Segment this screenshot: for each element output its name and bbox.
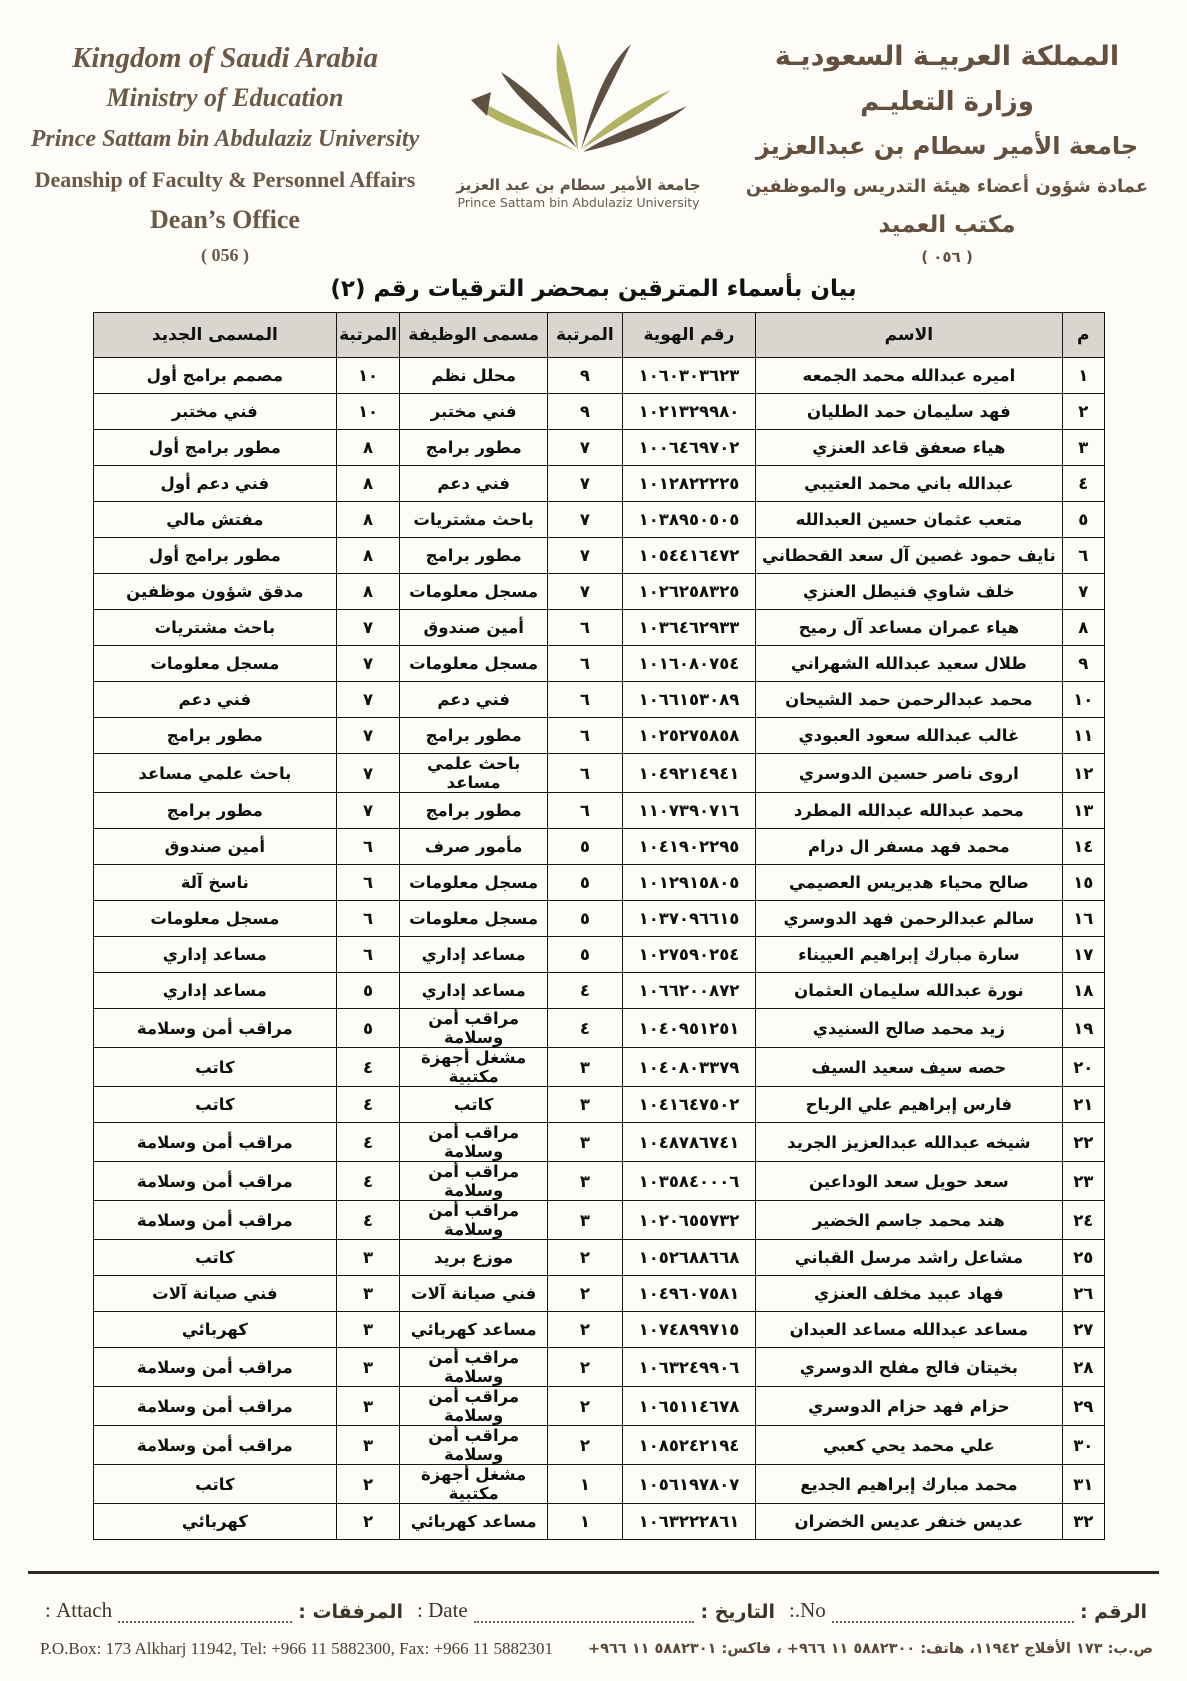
cell-index: ١١	[1062, 718, 1104, 754]
cell-name: سارة مبارك إبراهيم العييناء	[756, 937, 1062, 973]
table-row: ٢٠حصه سيف سعيد السيف١٠٤٠٨٠٣٣٧٩٣مشغل أجهز…	[94, 1048, 1105, 1087]
cell-new-rank: ٣	[336, 1276, 400, 1312]
cell-name: محمد فهد مسفر ال درام	[756, 829, 1062, 865]
number-fill-line	[832, 1609, 1074, 1623]
table-row: ٥متعب عثمان حسين العبدالله١٠٣٨٩٥٠٥٠٥٧باح…	[94, 502, 1105, 538]
cell-new-title: مراقب أمن وسلامة	[94, 1201, 337, 1240]
deanship-line-ar: عمادة شؤون أعضاء هيئة التدريس والموظفين	[737, 168, 1157, 206]
cell-new-rank: ٢	[336, 1465, 400, 1504]
cell-id-number: ١٠٤٩٦٠٧٥٨١	[622, 1276, 755, 1312]
cell-new-title: مساعد إداري	[94, 973, 337, 1009]
cell-job-title: مطور برامج	[400, 793, 548, 829]
table-row: ٢٧مساعد عبدالله مساعد العبدان١٠٧٤٨٩٩٧١٥٢…	[94, 1312, 1105, 1348]
cell-current-rank: ٧	[547, 430, 622, 466]
cell-new-rank: ٧	[336, 718, 400, 754]
cell-name: اميره عبدالله محمد الجمعه	[756, 358, 1062, 394]
cell-job-title: فني مختبر	[400, 394, 548, 430]
letterhead-english: Kingdom of Saudi Arabia Ministry of Educ…	[30, 28, 420, 270]
footer-contacts: P.O.Box: 173 Alkharj 11942, Tel: +966 11…	[0, 1623, 1187, 1659]
cell-index: ١٩	[1062, 1009, 1104, 1048]
cell-name: فهد سليمان حمد الطليان	[756, 394, 1062, 430]
cell-new-rank: ٨	[336, 430, 400, 466]
table-row: ١١غالب عبدالله سعود العبودي١٠٢٥٢٧٥٨٥٨٦مط…	[94, 718, 1105, 754]
attachments-label-en: Attach :	[45, 1598, 112, 1623]
office-line-ar: مكتب العميد	[737, 206, 1157, 244]
cell-current-rank: ٥	[547, 901, 622, 937]
cell-name: هياء عمران مساعد آل رميح	[756, 610, 1062, 646]
cell-index: ٣١	[1062, 1465, 1104, 1504]
cell-current-rank: ٦	[547, 718, 622, 754]
attachments-field: المرفقات : Attach :	[45, 1598, 403, 1623]
cell-index: ١٢	[1062, 754, 1104, 793]
table-row: ١٩زيد محمد صالح السنيدي١٠٤٠٩٥١٢٥١٤مراقب …	[94, 1009, 1105, 1048]
cell-index: ١٠	[1062, 682, 1104, 718]
cell-new-title: مسجل معلومات	[94, 646, 337, 682]
cell-job-title: فني دعم	[400, 466, 548, 502]
date-label-en: Date :	[417, 1598, 468, 1623]
cell-new-rank: ٦	[336, 937, 400, 973]
cell-job-title: مسجل معلومات	[400, 646, 548, 682]
cell-id-number: ١٠٧٤٨٩٩٧١٥	[622, 1312, 755, 1348]
document-footer: الرقم : No.: التاريخ : Date : المرفقات :…	[0, 1571, 1187, 1681]
cell-job-title: كاتب	[400, 1087, 548, 1123]
cell-index: ٢٧	[1062, 1312, 1104, 1348]
cell-job-title: مشغل أجهزة مكتبية	[400, 1465, 548, 1504]
cell-new-title: باحث مشتريات	[94, 610, 337, 646]
cell-name: عبدالله باني محمد العتيبي	[756, 466, 1062, 502]
cell-job-title: مساعد كهربائي	[400, 1504, 548, 1540]
cell-new-title: كهربائي	[94, 1312, 337, 1348]
cell-id-number: ١٠٨٥٢٤٢١٩٤	[622, 1426, 755, 1465]
table-row: ١٧سارة مبارك إبراهيم العييناء١٠٢٧٥٩٠٢٥٤٥…	[94, 937, 1105, 973]
cell-index: ٢	[1062, 394, 1104, 430]
cell-job-title: مطور برامج	[400, 430, 548, 466]
cell-current-rank: ٤	[547, 1009, 622, 1048]
cell-job-title: مساعد كهربائي	[400, 1312, 548, 1348]
cell-index: ٩	[1062, 646, 1104, 682]
cell-new-title: مراقب أمن وسلامة	[94, 1162, 337, 1201]
cell-new-title: مراقب أمن وسلامة	[94, 1426, 337, 1465]
kingdom-line-ar: المملكة العربيـة السعوديـة	[737, 34, 1157, 80]
cell-index: ٧	[1062, 574, 1104, 610]
cell-job-title: فني صيانة آلات	[400, 1276, 548, 1312]
contact-info-english: P.O.Box: 173 Alkharj 11942, Tel: +966 11…	[40, 1639, 553, 1659]
cell-new-title: مدقق شؤون موظفين	[94, 574, 337, 610]
cell-new-title: باحث علمي مساعد	[94, 754, 337, 793]
logo-caption-arabic: جامعة الأمير سطام بن عبد العزيز	[429, 176, 729, 194]
table-row: ١٤محمد فهد مسفر ال درام١٠٤١٩٠٢٢٩٥٥مأمور …	[94, 829, 1105, 865]
cell-new-rank: ٨	[336, 574, 400, 610]
cell-id-number: ١٠٣٥٨٤٠٠٠٦	[622, 1162, 755, 1201]
cell-index: ٢١	[1062, 1087, 1104, 1123]
cell-name: فهاد عبيد مخلف العنزي	[756, 1276, 1062, 1312]
cell-current-rank: ٢	[547, 1426, 622, 1465]
cell-new-rank: ٦	[336, 901, 400, 937]
cell-new-rank: ٤	[336, 1048, 400, 1087]
cell-id-number: ١٠٤٠٨٠٣٣٧٩	[622, 1048, 755, 1087]
promotions-table: م الاسم رقم الهوية المرتبة مسمى الوظيفة …	[93, 312, 1105, 1540]
cell-name: متعب عثمان حسين العبدالله	[756, 502, 1062, 538]
cell-current-rank: ٢	[547, 1276, 622, 1312]
cell-job-title: مراقب أمن وسلامة	[400, 1387, 548, 1426]
cell-new-title: مفتش مالي	[94, 502, 337, 538]
table-row: ٣هياء صعفق قاعد العنزي١٠٠٦٤٦٩٧٠٢٧مطور بر…	[94, 430, 1105, 466]
cell-new-title: كهربائي	[94, 1504, 337, 1540]
table-row: ٢٦فهاد عبيد مخلف العنزي١٠٤٩٦٠٧٥٨١٢فني صي…	[94, 1276, 1105, 1312]
cell-index: ٢٩	[1062, 1387, 1104, 1426]
cell-name: محمد عبدالرحمن حمد الشيحان	[756, 682, 1062, 718]
cell-job-title: مطور برامج	[400, 718, 548, 754]
table-row: ٢فهد سليمان حمد الطليان١٠٢١٣٢٩٩٨٠٩فني مخ…	[94, 394, 1105, 430]
cell-id-number: ١٠٦٦١٥٣٠٨٩	[622, 682, 755, 718]
table-row: ١٠محمد عبدالرحمن حمد الشيحان١٠٦٦١٥٣٠٨٩٦ف…	[94, 682, 1105, 718]
cell-name: غالب عبدالله سعود العبودي	[756, 718, 1062, 754]
cell-new-rank: ٨	[336, 538, 400, 574]
cell-id-number: ١١٠٧٣٩٠٧١٦	[622, 793, 755, 829]
cell-index: ٢٦	[1062, 1276, 1104, 1312]
cell-current-rank: ٩	[547, 358, 622, 394]
cell-current-rank: ٣	[547, 1123, 622, 1162]
cell-new-title: أمين صندوق	[94, 829, 337, 865]
cell-id-number: ١٠٢١٣٢٩٩٨٠	[622, 394, 755, 430]
cell-id-number: ١٠٣٧٠٩٦٦١٥	[622, 901, 755, 937]
cell-name: نورة عبدالله سليمان العثمان	[756, 973, 1062, 1009]
logo-caption-english: Prince Sattam bin Abdulaziz University	[429, 195, 729, 210]
attachments-label-ar: المرفقات :	[298, 1601, 403, 1623]
cell-id-number: ١٠٣٨٩٥٠٥٠٥	[622, 502, 755, 538]
cell-index: ٨	[1062, 610, 1104, 646]
cell-index: ١	[1062, 358, 1104, 394]
table-row: ١٦سالم عبدالرحمن فهد الدوسري١٠٣٧٠٩٦٦١٥٥م…	[94, 901, 1105, 937]
cell-index: ٢٥	[1062, 1240, 1104, 1276]
cell-id-number: ١٠٤١٩٠٢٢٩٥	[622, 829, 755, 865]
cell-new-rank: ٣	[336, 1312, 400, 1348]
cell-new-title: كاتب	[94, 1048, 337, 1087]
promotions-table-wrapper: م الاسم رقم الهوية المرتبة مسمى الوظيفة …	[0, 302, 1187, 1540]
cell-current-rank: ٥	[547, 937, 622, 973]
ministry-line-en: Ministry of Education	[30, 78, 420, 118]
table-row: ٨هياء عمران مساعد آل رميح١٠٣٦٤٦٢٩٣٣٦أمين…	[94, 610, 1105, 646]
cell-id-number: ١٠٦٦٢٠٠٨٧٢	[622, 973, 755, 1009]
cell-job-title: مسجل معلومات	[400, 901, 548, 937]
date-fill-line	[474, 1609, 695, 1623]
cell-current-rank: ٥	[547, 829, 622, 865]
header-new-rank: المرتبة	[336, 313, 400, 358]
table-row: ١اميره عبدالله محمد الجمعه١٠٦٠٣٠٣٦٢٣٩محل…	[94, 358, 1105, 394]
cell-current-rank: ٦	[547, 610, 622, 646]
cell-new-rank: ٧	[336, 682, 400, 718]
office-line-en: Dean’s Office	[30, 200, 420, 240]
letterhead-arabic: المملكة العربيـة السعوديـة وزارة التعليـ…	[737, 28, 1157, 270]
contact-info-arabic: ص.ب: ١٧٣ الأفلاج ١١٩٤٢، هاتف: ٥٨٨٢٣٠٠ ١١…	[588, 1641, 1153, 1657]
cell-index: ٦	[1062, 538, 1104, 574]
cell-index: ٤	[1062, 466, 1104, 502]
cell-job-title: مساعد إداري	[400, 937, 548, 973]
cell-index: ١٦	[1062, 901, 1104, 937]
table-row: ٩طلال سعيد عبدالله الشهراني١٠١٦٠٨٠٧٥٤٦مس…	[94, 646, 1105, 682]
cell-job-title: مشغل أجهزة مكتبية	[400, 1048, 548, 1087]
cell-new-title: مطور برامج	[94, 718, 337, 754]
cell-job-title: مساعد إداري	[400, 973, 548, 1009]
cell-new-title: مراقب أمن وسلامة	[94, 1009, 337, 1048]
cell-current-rank: ٩	[547, 394, 622, 430]
cell-id-number: ١٠٤١٦٤٧٥٠٢	[622, 1087, 755, 1123]
attachments-fill-line	[118, 1609, 292, 1623]
cell-new-title: كاتب	[94, 1465, 337, 1504]
cell-current-rank: ٦	[547, 754, 622, 793]
table-row: ٢١فارس إبراهيم علي الرباح١٠٤١٦٤٧٥٠٢٣كاتب…	[94, 1087, 1105, 1123]
cell-new-rank: ٧	[336, 646, 400, 682]
cell-new-rank: ٣	[336, 1348, 400, 1387]
cell-new-rank: ٧	[336, 754, 400, 793]
table-header: م الاسم رقم الهوية المرتبة مسمى الوظيفة …	[94, 313, 1105, 358]
open-book-icon	[461, 32, 697, 174]
cell-name: شيخه عبدالله عبدالعزيز الجريد	[756, 1123, 1062, 1162]
cell-new-rank: ٤	[336, 1087, 400, 1123]
table-body: ١اميره عبدالله محمد الجمعه١٠٦٠٣٠٣٦٢٣٩محل…	[94, 358, 1105, 1540]
table-row: ٣١محمد مبارك إبراهيم الجديع١٠٥٦١٩٧٨٠٧١مش…	[94, 1465, 1105, 1504]
cell-index: ١٤	[1062, 829, 1104, 865]
cell-id-number: ١٠٦٠٣٠٣٦٢٣	[622, 358, 755, 394]
cell-new-title: مطور برامج أول	[94, 430, 337, 466]
cell-id-number: ١٠٥٢٦٨٨٦٦٨	[622, 1240, 755, 1276]
cell-current-rank: ١	[547, 1465, 622, 1504]
document-title: بيان بأسماء المترقين بمحضر الترقيات رقم …	[0, 276, 1187, 302]
cell-current-rank: ٧	[547, 574, 622, 610]
cell-new-title: مسجل معلومات	[94, 901, 337, 937]
cell-new-rank: ٧	[336, 610, 400, 646]
cell-name: هند محمد جاسم الخضير	[756, 1201, 1062, 1240]
table-row: ٢٥مشاعل راشد مرسل القباني١٠٥٢٦٨٨٦٦٨٢موزع…	[94, 1240, 1105, 1276]
table-row: ٣٢عديس خنفر عديس الخضران١٠٦٣٢٢٢٨٦١١مساعد…	[94, 1504, 1105, 1540]
cell-index: ٣٢	[1062, 1504, 1104, 1540]
cell-new-title: مراقب أمن وسلامة	[94, 1348, 337, 1387]
cell-index: ١٧	[1062, 937, 1104, 973]
date-label-ar: التاريخ :	[700, 1601, 775, 1623]
cell-new-title: مراقب أمن وسلامة	[94, 1123, 337, 1162]
cell-name: هياء صعفق قاعد العنزي	[756, 430, 1062, 466]
university-line-ar: جامعة الأمير سطام بن عبدالعزيز	[737, 124, 1157, 168]
cell-job-title: باحث مشتريات	[400, 502, 548, 538]
header-current-rank: المرتبة	[547, 313, 622, 358]
cell-index: ١٥	[1062, 865, 1104, 901]
cell-new-title: مطور برامج	[94, 793, 337, 829]
header-index: م	[1062, 313, 1104, 358]
cell-name: طلال سعيد عبدالله الشهراني	[756, 646, 1062, 682]
cell-index: ١٣	[1062, 793, 1104, 829]
table-row: ٢٣سعد حويل سعد الوداعين١٠٣٥٨٤٠٠٠٦٣مراقب …	[94, 1162, 1105, 1201]
cell-job-title: مسجل معلومات	[400, 865, 548, 901]
deanship-line-en: Deanship of Faculty & Personnel Affairs	[30, 160, 420, 200]
cell-new-rank: ٤	[336, 1123, 400, 1162]
cell-new-title: مطور برامج أول	[94, 538, 337, 574]
cell-name: زيد محمد صالح السنيدي	[756, 1009, 1062, 1048]
ministry-line-ar: وزارة التعليـم	[737, 80, 1157, 124]
cell-job-title: مراقب أمن وسلامة	[400, 1162, 548, 1201]
cell-current-rank: ٢	[547, 1312, 622, 1348]
cell-id-number: ١٠١٢٨٢٢٢٢٥	[622, 466, 755, 502]
letterhead: Kingdom of Saudi Arabia Ministry of Educ…	[0, 0, 1187, 270]
cell-name: سعد حويل سعد الوداعين	[756, 1162, 1062, 1201]
cell-id-number: ١٠٤٠٩٥١٢٥١	[622, 1009, 755, 1048]
table-row: ١٢اروى ناصر حسين الدوسري١٠٤٩٢١٤٩٤١٦باحث …	[94, 754, 1105, 793]
table-row: ٧خلف شاوي فنيطل العنزي١٠٢٦٢٥٨٣٢٥٧مسجل مع…	[94, 574, 1105, 610]
cell-current-rank: ٣	[547, 1087, 622, 1123]
cell-current-rank: ٦	[547, 646, 622, 682]
document-page: Kingdom of Saudi Arabia Ministry of Educ…	[0, 0, 1187, 1681]
cell-name: سالم عبدالرحمن فهد الدوسري	[756, 901, 1062, 937]
cell-job-title: مأمور صرف	[400, 829, 548, 865]
cell-id-number: ١٠٢٥٢٧٥٨٥٨	[622, 718, 755, 754]
table-header-row: م الاسم رقم الهوية المرتبة مسمى الوظيفة …	[94, 313, 1105, 358]
cell-index: ٢٠	[1062, 1048, 1104, 1087]
cell-job-title: باحث علمي مساعد	[400, 754, 548, 793]
cell-new-rank: ١٠	[336, 358, 400, 394]
cell-current-rank: ٧	[547, 538, 622, 574]
cell-id-number: ١٠٤٨٧٨٦٧٤١	[622, 1123, 755, 1162]
university-logo: جامعة الأمير سطام بن عبد العزيز Prince S…	[429, 28, 729, 210]
cell-current-rank: ٦	[547, 682, 622, 718]
table-row: ١٥صالح محياء هديريس العصيمي١٠١٢٩١٥٨٠٥٥مس…	[94, 865, 1105, 901]
cell-name: حصه سيف سعيد السيف	[756, 1048, 1062, 1087]
cell-new-title: ناسخ آلة	[94, 865, 337, 901]
cell-name: فارس إبراهيم علي الرباح	[756, 1087, 1062, 1123]
cell-id-number: ١٠١٦٠٨٠٧٥٤	[622, 646, 755, 682]
office-code-en: ( 056 )	[30, 240, 420, 270]
table-row: ٢٢شيخه عبدالله عبدالعزيز الجريد١٠٤٨٧٨٦٧٤…	[94, 1123, 1105, 1162]
table-row: ٢٤هند محمد جاسم الخضير١٠٢٠٦٥٥٧٣٢٣مراقب أ…	[94, 1201, 1105, 1240]
cell-id-number: ١٠٦٣٢٢٢٨٦١	[622, 1504, 755, 1540]
cell-new-rank: ١٠	[336, 394, 400, 430]
cell-new-rank: ٣	[336, 1387, 400, 1426]
cell-new-rank: ٦	[336, 829, 400, 865]
cell-current-rank: ٢	[547, 1348, 622, 1387]
cell-name: مشاعل راشد مرسل القباني	[756, 1240, 1062, 1276]
cell-new-title: فني صيانة آلات	[94, 1276, 337, 1312]
cell-current-rank: ٦	[547, 793, 622, 829]
cell-index: ٣٠	[1062, 1426, 1104, 1465]
table-row: ١٨نورة عبدالله سليمان العثمان١٠٦٦٢٠٠٨٧٢٤…	[94, 973, 1105, 1009]
cell-name: عديس خنفر عديس الخضران	[756, 1504, 1062, 1540]
cell-name: حزام فهد حزام الدوسري	[756, 1387, 1062, 1426]
header-job-title: مسمى الوظيفة	[400, 313, 548, 358]
cell-new-rank: ٨	[336, 502, 400, 538]
cell-index: ٢٢	[1062, 1123, 1104, 1162]
cell-index: ٢٨	[1062, 1348, 1104, 1387]
cell-new-title: فني دعم	[94, 682, 337, 718]
number-field: الرقم : No.:	[789, 1598, 1147, 1623]
kingdom-line-en: Kingdom of Saudi Arabia	[30, 38, 420, 78]
cell-id-number: ١٠٢٠٦٥٥٧٣٢	[622, 1201, 755, 1240]
cell-job-title: مراقب أمن وسلامة	[400, 1348, 548, 1387]
cell-new-rank: ٨	[336, 466, 400, 502]
cell-job-title: موزع بريد	[400, 1240, 548, 1276]
cell-id-number: ١٠٥٦١٩٧٨٠٧	[622, 1465, 755, 1504]
cell-id-number: ١٠٠٦٤٦٩٧٠٢	[622, 430, 755, 466]
cell-new-title: مراقب أمن وسلامة	[94, 1387, 337, 1426]
cell-current-rank: ١	[547, 1504, 622, 1540]
number-label-en: No.:	[789, 1598, 826, 1623]
cell-name: محمد عبدالله عبدالله المطرد	[756, 793, 1062, 829]
cell-id-number: ١٠٢٧٥٩٠٢٥٤	[622, 937, 755, 973]
cell-new-title: فني دعم أول	[94, 466, 337, 502]
cell-id-number: ١٠٦٣٢٤٩٩٠٦	[622, 1348, 755, 1387]
cell-new-rank: ٥	[336, 973, 400, 1009]
cell-new-title: كاتب	[94, 1087, 337, 1123]
cell-new-rank: ٦	[336, 865, 400, 901]
table-row: ٤عبدالله باني محمد العتيبي١٠١٢٨٢٢٢٢٥٧فني…	[94, 466, 1105, 502]
date-field: التاريخ : Date :	[417, 1598, 775, 1623]
cell-new-title: كاتب	[94, 1240, 337, 1276]
university-line-en: Prince Sattam bin Abdulaziz University	[30, 118, 420, 160]
number-label-ar: الرقم :	[1080, 1601, 1147, 1623]
cell-id-number: ١٠١٢٩١٥٨٠٥	[622, 865, 755, 901]
cell-id-number: ١٠٤٩٢١٤٩٤١	[622, 754, 755, 793]
cell-name: اروى ناصر حسين الدوسري	[756, 754, 1062, 793]
cell-name: نايف حمود غصين آل سعد القحطاني	[756, 538, 1062, 574]
cell-job-title: مسجل معلومات	[400, 574, 548, 610]
cell-job-title: مراقب أمن وسلامة	[400, 1426, 548, 1465]
table-row: ٦نايف حمود غصين آل سعد القحطاني١٠٥٤٤١٦٤٧…	[94, 538, 1105, 574]
cell-current-rank: ٣	[547, 1048, 622, 1087]
cell-index: ٥	[1062, 502, 1104, 538]
cell-id-number: ١٠٥٤٤١٦٤٧٢	[622, 538, 755, 574]
cell-name: علي محمد يحي كعبي	[756, 1426, 1062, 1465]
table-row: ٢٨بخيتان فالح مفلح الدوسري١٠٦٣٢٤٩٩٠٦٢مرا…	[94, 1348, 1105, 1387]
cell-new-rank: ٣	[336, 1426, 400, 1465]
cell-current-rank: ٥	[547, 865, 622, 901]
cell-id-number: ١٠٦٥١١٤٦٧٨	[622, 1387, 755, 1426]
header-id-number: رقم الهوية	[622, 313, 755, 358]
cell-index: ٢٣	[1062, 1162, 1104, 1201]
cell-index: ١٨	[1062, 973, 1104, 1009]
cell-current-rank: ٣	[547, 1162, 622, 1201]
table-row: ١٣محمد عبدالله عبدالله المطرد١١٠٧٣٩٠٧١٦٦…	[94, 793, 1105, 829]
cell-new-rank: ٤	[336, 1201, 400, 1240]
cell-job-title: مراقب أمن وسلامة	[400, 1009, 548, 1048]
cell-current-rank: ٧	[547, 502, 622, 538]
cell-new-title: فني مختبر	[94, 394, 337, 430]
cell-job-title: مطور برامج	[400, 538, 548, 574]
cell-new-title: مساعد إداري	[94, 937, 337, 973]
cell-job-title: مراقب أمن وسلامة	[400, 1201, 548, 1240]
cell-new-rank: ٧	[336, 793, 400, 829]
cell-id-number: ١٠٣٦٤٦٢٩٣٣	[622, 610, 755, 646]
office-code-ar: ( ٠٥٦ )	[737, 244, 1157, 270]
cell-current-rank: ٢	[547, 1240, 622, 1276]
cell-job-title: محلل نظم	[400, 358, 548, 394]
cell-current-rank: ٣	[547, 1201, 622, 1240]
cell-name: صالح محياء هديريس العصيمي	[756, 865, 1062, 901]
cell-name: خلف شاوي فنيطل العنزي	[756, 574, 1062, 610]
cell-name: محمد مبارك إبراهيم الجديع	[756, 1465, 1062, 1504]
cell-index: ٢٤	[1062, 1201, 1104, 1240]
cell-id-number: ١٠٢٦٢٥٨٣٢٥	[622, 574, 755, 610]
cell-job-title: مراقب أمن وسلامة	[400, 1123, 548, 1162]
cell-job-title: فني دعم	[400, 682, 548, 718]
cell-new-title: مصمم برامج أول	[94, 358, 337, 394]
cell-name: بخيتان فالح مفلح الدوسري	[756, 1348, 1062, 1387]
cell-index: ٣	[1062, 430, 1104, 466]
cell-name: مساعد عبدالله مساعد العبدان	[756, 1312, 1062, 1348]
cell-new-rank: ٢	[336, 1504, 400, 1540]
cell-current-rank: ٢	[547, 1387, 622, 1426]
cell-current-rank: ٤	[547, 973, 622, 1009]
cell-new-rank: ٥	[336, 1009, 400, 1048]
cell-new-rank: ٤	[336, 1162, 400, 1201]
header-new-title: المسمى الجديد	[94, 313, 337, 358]
cell-current-rank: ٧	[547, 466, 622, 502]
